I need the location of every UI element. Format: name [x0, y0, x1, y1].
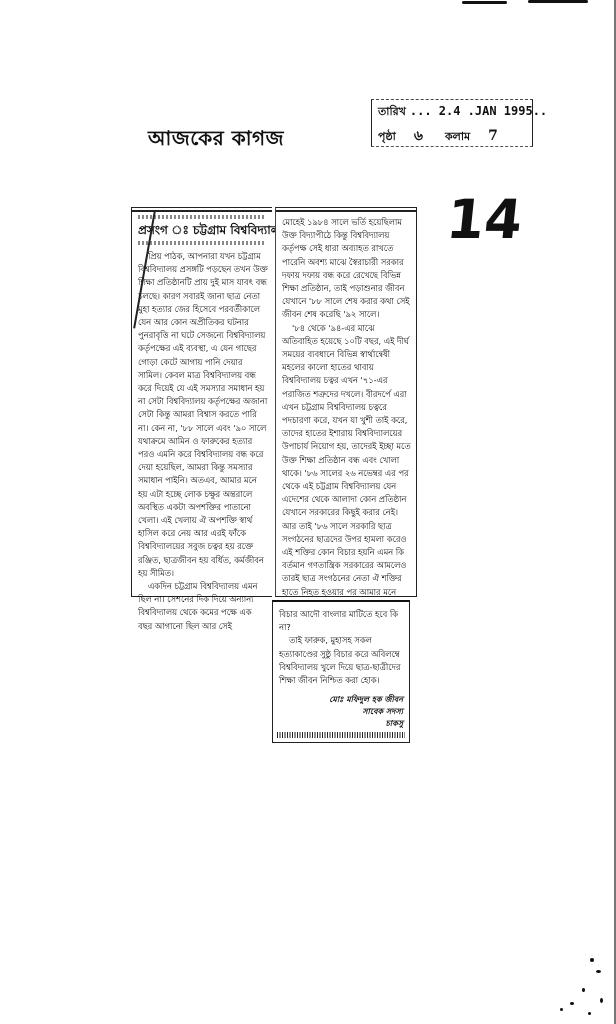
- archive-stamp: তারিখ... 2.4 .JAN 1995.. পৃষ্ঠা৬কলাম7: [371, 99, 533, 147]
- paragraph: '৮৪ থেকে '৯৪-এর মাঝে অতিবাহিত হয়েছে ১০ট…: [282, 322, 412, 626]
- article-headline: প্রসংগ ঃ চট্টগ্রাম বিশ্ববিদ্যালয়: [138, 222, 287, 242]
- paragraph: তাই ফারুক, মুহাসহ সকল হত্যাকাণ্ডের সুষ্ঠ…: [279, 634, 405, 687]
- subheader-strip: [138, 241, 266, 245]
- left-column-text: প্রিয় পাঠক, আপনারা যখন চট্টগ্রাম বিশ্বব…: [138, 250, 268, 633]
- article-clip-right: মোহেই ১৯৮৪ সালে ভর্তি হয়েছিলাম উক্ত বিদ…: [275, 207, 417, 597]
- paragraph: প্রিয় পাঠক, আপনারা যখন চট্টগ্রাম বিশ্বব…: [138, 250, 268, 580]
- bottom-column-text: বিচার আদৌ বাংলার মাটিতে হবে কি না? তাই ফ…: [279, 608, 405, 687]
- author-org: চাকসু: [329, 718, 403, 730]
- header-strip: [138, 215, 266, 219]
- article-clip-left: প্রসংগ ঃ চট্টগ্রাম বিশ্ববিদ্যালয় প্রিয়…: [131, 207, 272, 597]
- column-label: কলাম: [445, 130, 470, 143]
- page-value: ৬: [414, 128, 423, 144]
- footer-strip: [277, 732, 405, 738]
- paragraph: বিচার আদৌ বাংলার মাটিতে হবে কি না?: [279, 608, 405, 634]
- page-label: পৃষ্ঠা: [378, 130, 396, 143]
- scan-noise: [530, 938, 610, 1018]
- newspaper-masthead: আজকের কাগজ: [148, 124, 284, 157]
- author-title: সাবেক সদস্য: [329, 706, 403, 718]
- right-column-text: মোহেই ১৯৮৪ সালে ভর্তি হয়েছিলাম উক্ত বিদ…: [282, 216, 412, 625]
- date-value: ... 2.4 .JAN 1995..: [410, 104, 547, 118]
- signature-block: মোঃ মফিদুল হক জীবন সাবেক সদস্য চাকসু: [329, 694, 403, 730]
- author-name: মোঃ মফিদুল হক জীবন: [329, 694, 403, 706]
- date-label: তারিখ: [378, 105, 406, 118]
- column-value: 7: [488, 128, 498, 144]
- paragraph: মোহেই ১৯৮৪ সালে ভর্তি হয়েছিলাম উক্ত বিদ…: [282, 216, 412, 322]
- paragraph: একদিন চট্টগ্রাম বিশ্ববিদ্যালয় এমন ছিল ন…: [138, 580, 268, 633]
- handwritten-page-number: 14: [444, 188, 526, 251]
- scan-edge-top: [450, 0, 616, 6]
- article-clip-bottom: বিচার আদৌ বাংলার মাটিতে হবে কি না? তাই ফ…: [272, 600, 410, 743]
